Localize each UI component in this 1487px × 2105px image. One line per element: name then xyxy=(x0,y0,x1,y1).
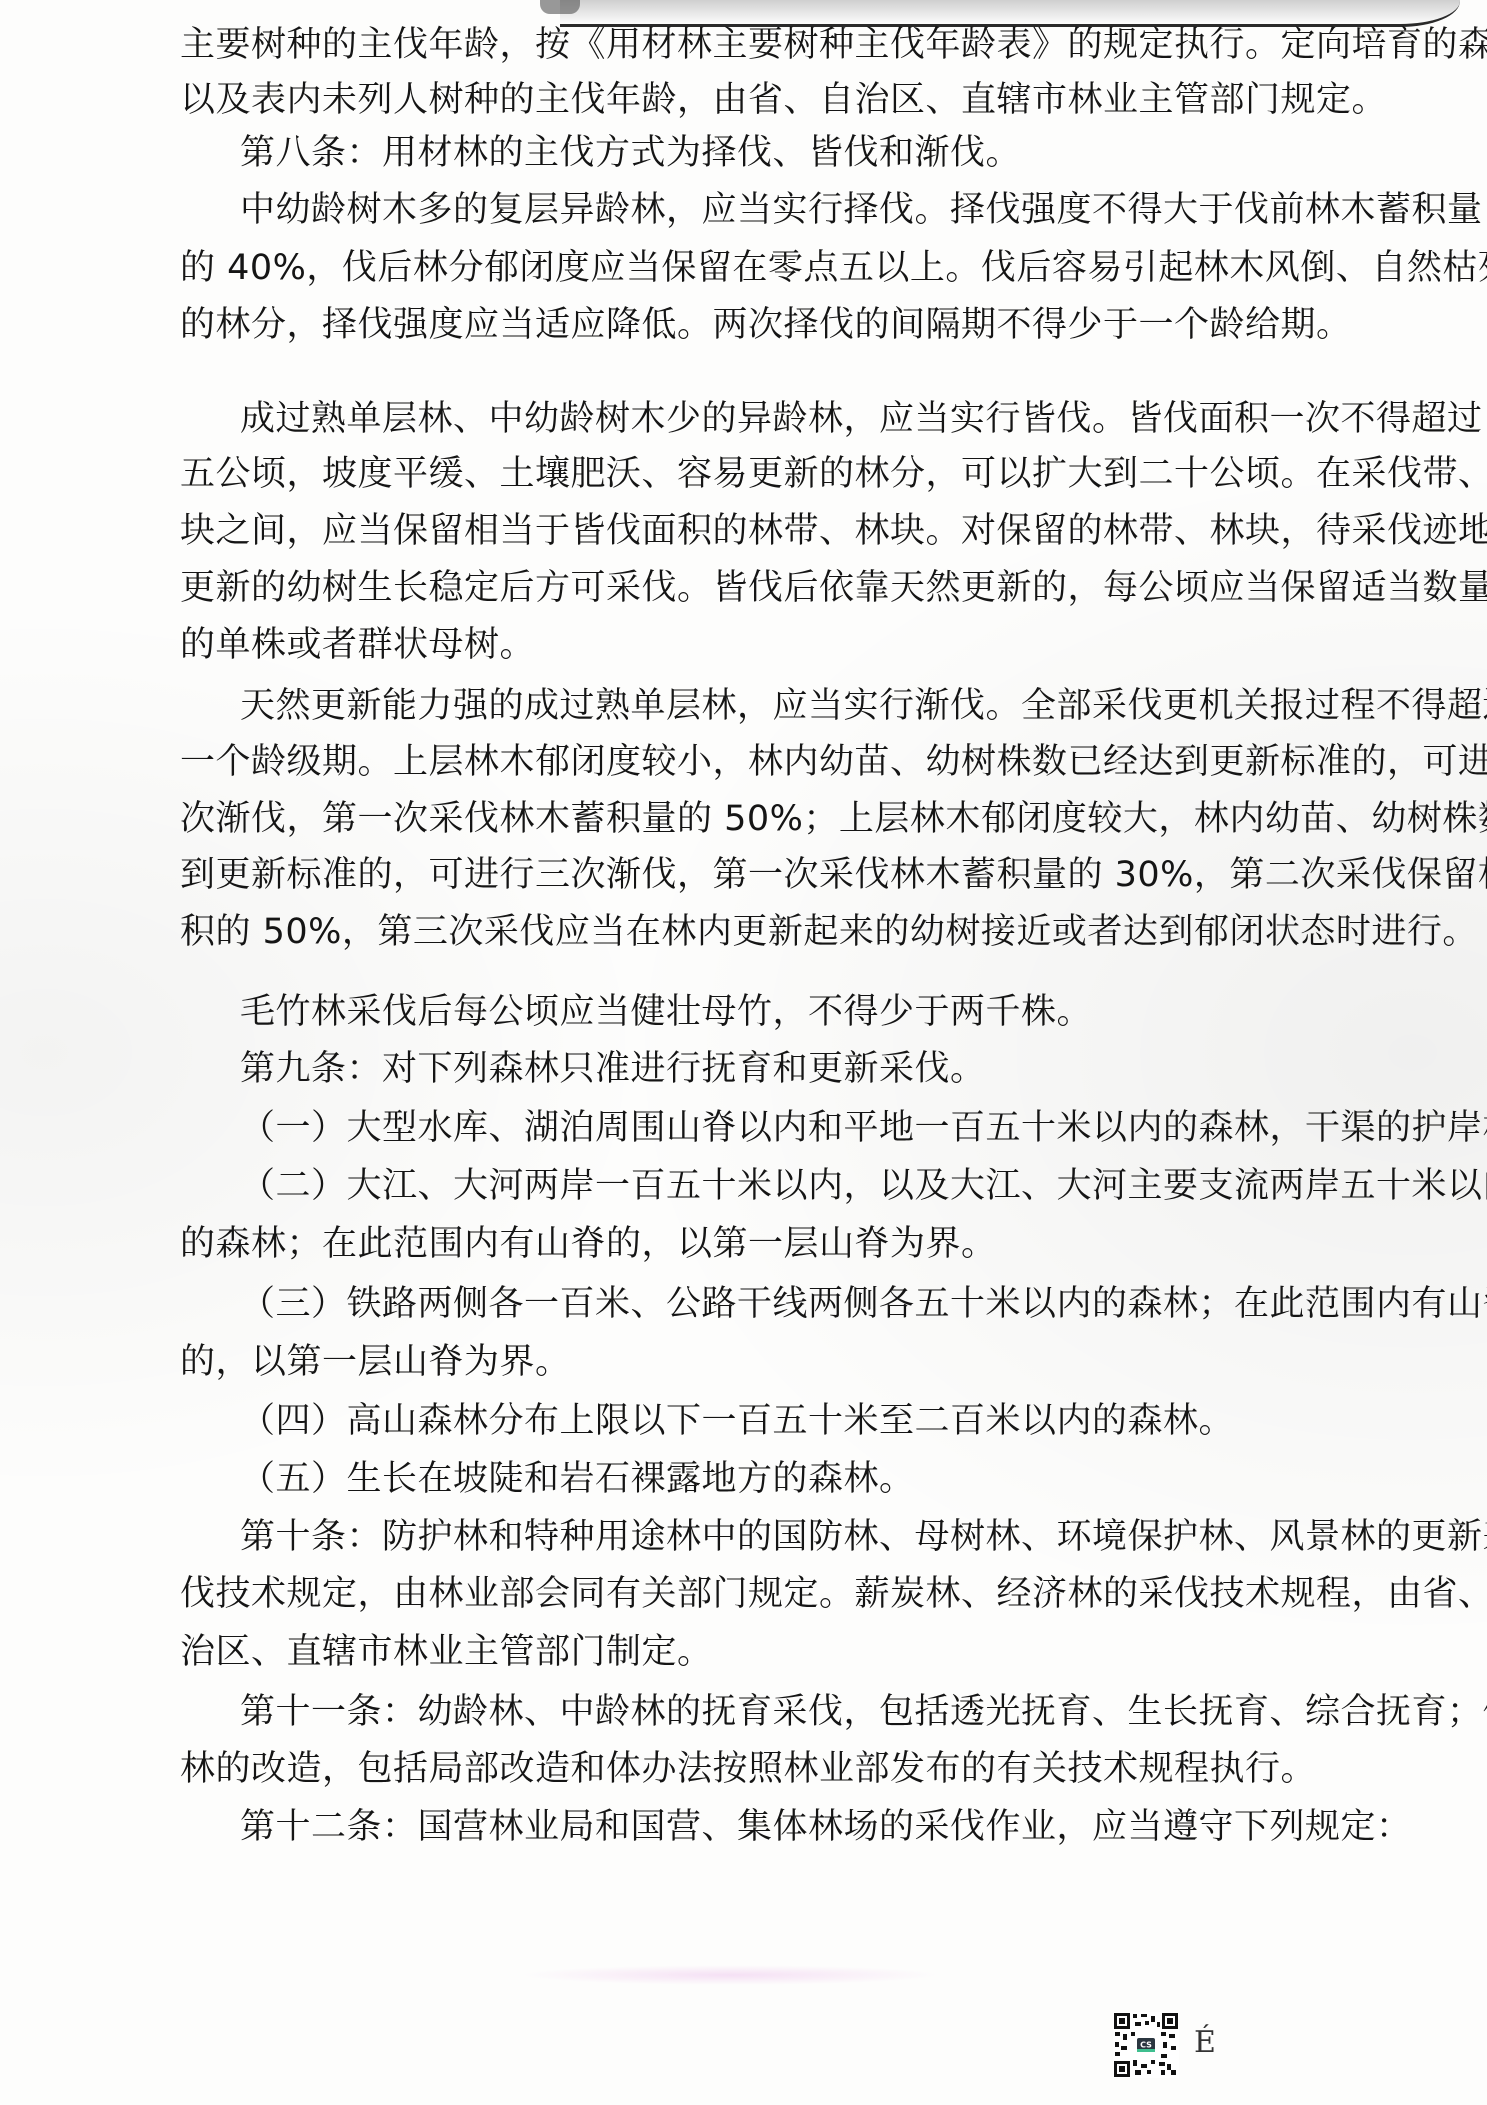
paragraph-first-line: 第十条：防护林和特种用途林中的国防林、母树林、环境保护林、风景林的更新采 xyxy=(240,1515,1442,1559)
text-line: 的森林；在此范围内有山脊的，以第一层山脊为界。 xyxy=(180,1222,1442,1266)
text-line: 治区、直辖市林业主管部门制定。 xyxy=(180,1630,1442,1674)
text-line: 的，以第一层山脊为界。 xyxy=(180,1340,1442,1384)
text-line: 林的改造，包括局部改造和体办法按照林业部发布的有关技术规程执行。 xyxy=(180,1747,1442,1791)
paragraph-first-line: 成过熟单层林、中幼龄树木少的异龄林，应当实行皆伐。皆伐面积一次不得超过 xyxy=(240,397,1442,441)
paragraph-first-line: （二）大江、大河两岸一百五十米以内，以及大江、大河主要支流两岸五十米以内 xyxy=(240,1164,1442,1208)
text-line: 的林分，择伐强度应当适应降低。两次择伐的间隔期不得少于一个龄给期。 xyxy=(180,303,1442,347)
text-line: 的单株或者群状母树。 xyxy=(180,623,1442,667)
text-line: 的 40%，伐后林分郁闭度应当保留在零点五以上。伐后容易引起林木风倒、自然枯死 xyxy=(180,246,1442,290)
paragraph-first-line: （一）大型水库、湖泊周围山脊以内和平地一百五十米以内的森林，干渠的护岸林。 xyxy=(240,1106,1442,1150)
text-line: 伐技术规定，由林业部会同有关部门规定。薪炭林、经济林的采伐技术规程，由省、自 xyxy=(180,1572,1442,1616)
text-line: 到更新标准的，可进行三次渐伐，第一次采伐林木蓄积量的 30%，第二次采伐保留林木… xyxy=(180,853,1442,897)
text-line: 一个龄级期。上层林木郁闭度较小，林内幼苗、幼树株数已经达到更新标准的，可进行二 xyxy=(180,740,1442,784)
text-line: 块之间，应当保留相当于皆伐面积的林带、林块。对保留的林带、林块，待采伐迹地上 xyxy=(180,509,1442,553)
text-line: 五公顷，坡度平缓、土壤肥沃、容易更新的林分，可以扩大到二十公顷。在采伐带、采伐 xyxy=(180,452,1442,496)
scan-stain xyxy=(520,1965,940,1985)
paragraph-first-line: 第九条：对下列森林只准进行抚育和更新采伐。 xyxy=(240,1047,1442,1091)
paragraph-first-line: 第八条：用材林的主伐方式为择伐、皆伐和渐伐。 xyxy=(240,131,1442,175)
text-line: 更新的幼树生长稳定后方可采伐。皆伐后依靠天然更新的，每公顷应当保留适当数量 xyxy=(180,566,1442,610)
qr-badge-label: CS xyxy=(1140,2041,1152,2050)
footer-mark: É xyxy=(1194,2025,1216,2060)
text-line: 主要树种的主伐年龄，按《用材林主要树种主伐年龄表》的规定执行。定向培育的森林 xyxy=(180,23,1442,67)
paragraph-first-line: 毛竹林采伐后每公顷应当健壮母竹，不得少于两千株。 xyxy=(240,990,1442,1034)
qr-code-graphic: CS xyxy=(1113,2012,1179,2078)
paragraph-first-line: （五）生长在坡陡和岩石裸露地方的森林。 xyxy=(240,1457,1442,1501)
paragraph-first-line: （三）铁路两侧各一百米、公路干线两侧各五十米以内的森林；在此范围内有山脊 xyxy=(240,1282,1442,1326)
text-line: 积的 50%，第三次采伐应当在林内更新起来的幼树接近或者达到郁闭状态时进行。 xyxy=(180,910,1442,954)
qr-code-icon: CS xyxy=(1113,2012,1179,2078)
text-line: 次渐伐，第一次采伐林木蓄积量的 50%；上层林木郁闭度较大，林内幼苗、幼树株数达… xyxy=(180,797,1442,841)
paragraph-first-line: 第十二条：国营林业局和国营、集体林场的采伐作业，应当遵守下列规定： xyxy=(240,1805,1442,1849)
paragraph-first-line: 第十一条：幼龄林、中龄林的抚育采伐，包括透光抚育、生长抚育、综合抚育；低产 xyxy=(240,1690,1442,1734)
paragraph-first-line: 天然更新能力强的成过熟单层林，应当实行渐伐。全部采伐更机关报过程不得超过 xyxy=(240,684,1442,728)
paragraph-first-line: 中幼龄树木多的复层异龄林，应当实行择伐。择伐强度不得大于伐前林木蓄积量 xyxy=(240,188,1442,232)
text-line: 以及表内未列人树种的主伐年龄，由省、自治区、直辖市林业主管部门规定。 xyxy=(180,78,1442,122)
paragraph-first-line: （四）高山森林分布上限以下一百五十米至二百米以内的森林。 xyxy=(240,1399,1442,1443)
